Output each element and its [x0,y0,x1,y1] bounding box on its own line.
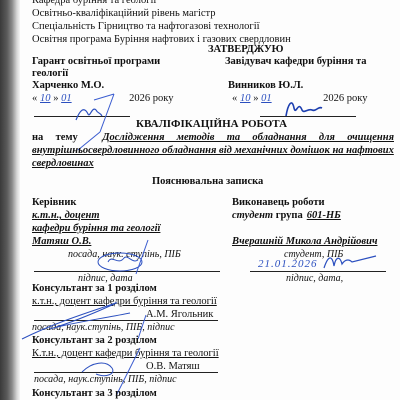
supervisor-degree: к.т.н., доцент [32,210,122,222]
topic-lead: на тему [32,132,78,143]
consultant-2-line [34,372,218,373]
consultant-1-line [34,320,218,321]
guarantor-name: Харченко М.О. [32,80,104,92]
guarantor-year: 2026 року [129,93,173,104]
consultant-1-caption: посада, наук.ступінь, ПІБ, підпис [32,322,175,334]
guarantor-date: «10» 012026 року [32,93,173,105]
supervisor-caption-position: посада, наук. ступінь, ПІБ [68,249,181,261]
head-signature-line [260,116,356,117]
head-month: 01 [261,93,323,105]
guarantor-role-cont: геології [32,68,68,80]
executor-name: Вчерашній Микола Андрійович [232,236,377,248]
guarantor-month: 01 [61,93,129,105]
consultant-1-position: к.т.н., доцент кафедри буріння та геолог… [32,296,217,308]
consultant-1-label: Консультант за 1 розділом [32,283,157,295]
guarantor-signature-line [34,116,130,117]
executor-caption-signature: підпис, дата, [286,273,343,285]
approval-title: ЗАТВЕРДЖУЮ [208,44,284,56]
consultant-2-position: К.т.н., доцент кафедри буріння та геолог… [32,348,219,360]
executor-group: 601-НБ [303,210,351,222]
consultant-3-label: Консультант за 3 розділом [32,388,157,400]
head-day: 10 [237,93,253,105]
scan-page-edge [0,0,20,400]
supervisor-signature-line [34,271,220,272]
executor-handwritten-date: 21.01.2026 [258,258,318,270]
executor-signature-line [250,271,386,272]
topic-line-2: внутрішньосвердловинного обладнання від … [32,144,394,157]
document-page: Кафедра буріння та геології Освітньо-ква… [20,0,400,400]
topic-line-3: свердловинах [32,157,394,170]
supervisor-department: кафедри буріння та геології [32,223,160,235]
note-title: Пояснювальна записка [152,176,263,188]
head-year: 2026 року [323,93,367,104]
consultant-2-label: Консультант за 2 розділом [32,335,157,347]
supervisor-name: Матяш О.В. [32,236,122,248]
executor-group-label: група [276,210,303,221]
department-line: Кафедра буріння та геології [32,0,156,7]
guarantor-role: Гарант освітньої програми [32,56,160,68]
head-date: «10» 012026 року [232,93,367,105]
head-role: Завідувач кафедри буріння та [225,56,367,68]
head-name: Винников Ю.Л. [228,80,303,92]
work-title: КВАЛІФІКАЦІЙНА РОБОТА [136,118,287,130]
work-topic: на тему Дослідження методів та обладнанн… [32,131,394,170]
topic-line-1: Дослідження методів та обладнання для оч… [102,132,394,143]
guarantor-day: 10 [37,93,53,105]
executor-student-prefix: студент [232,210,273,221]
consultant-2-caption: посада, наук.ступінь, ПІБ, підпис [34,374,177,386]
executor-label: Виконавець роботи [232,197,325,209]
specialty-line: Спеціальність Гірництво та нафтогазові т… [32,21,260,33]
supervisor-label: Керівник [32,197,76,209]
level-line: Освітньо-кваліфікаційний рівень магістр [32,8,216,20]
executor-group-row: студент група601-НБ [232,210,351,222]
